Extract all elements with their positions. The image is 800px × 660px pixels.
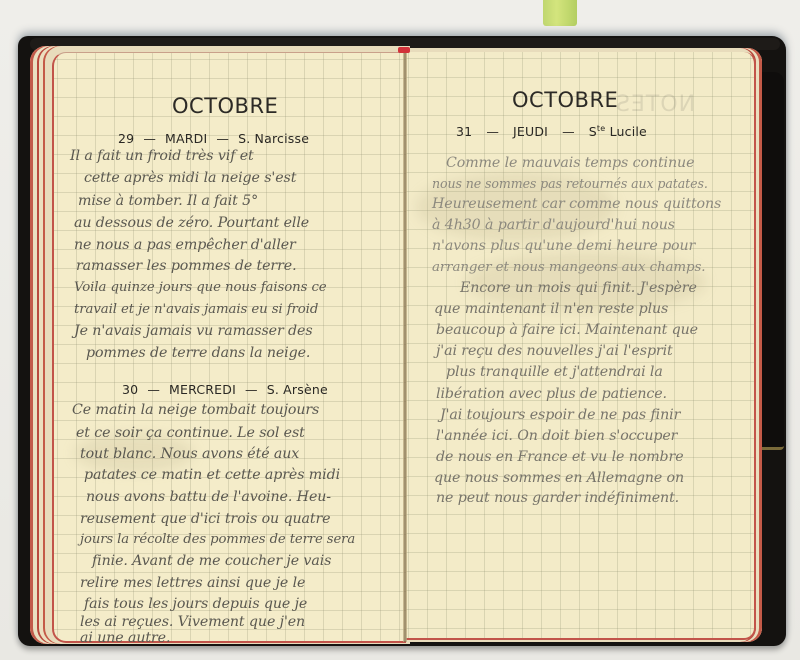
handwritten-line: de nous en France et vu le nombre xyxy=(436,449,684,465)
ribbon-bookmark-tab xyxy=(543,0,577,26)
handwritten-line: l'année ici. On doit bien s'occuper xyxy=(436,428,677,444)
handwritten-line: tout blanc. Nous avons été aux xyxy=(80,446,299,462)
handwritten-line: Encore un mois qui finit. J'espère xyxy=(460,280,697,296)
handwritten-line: mise à tomber. Il a fait 5° xyxy=(78,193,258,209)
day-number: 30 xyxy=(122,382,138,397)
saint-name: Lucile xyxy=(610,124,647,139)
handwritten-line: patates ce matin et cette après midi xyxy=(84,467,340,483)
handwritten-line: Il a fait un froid très vif et xyxy=(70,148,254,164)
handwritten-line: n'avons plus qu'une demi heure pour xyxy=(432,238,695,254)
day-number: 29 xyxy=(118,131,134,146)
handwritten-line: j'ai reçu des nouvelles j'ai l'esprit xyxy=(436,343,673,359)
handwritten-line: que nous sommes en Allemagne on xyxy=(434,470,684,486)
elastic-strap xyxy=(762,72,784,450)
handwritten-line: nous avons battu de l'avoine. Heu- xyxy=(86,489,331,505)
handwritten-line: que maintenant il n'en reste plus xyxy=(434,301,668,317)
month-heading-left: OCTOBRE xyxy=(172,94,278,118)
handwritten-line: Voila quinze jours que nous faisons ce xyxy=(74,280,327,295)
handwritten-line: beaucoup à faire ici. Maintenant que xyxy=(436,322,698,338)
handwritten-line: ramasser les pommes de terre. xyxy=(76,258,297,274)
dash-separator: — xyxy=(147,382,160,397)
weekday: MARDI xyxy=(165,131,207,146)
dash-separator: — xyxy=(143,131,156,146)
handwritten-line: arranger et nous mangeons aux champs. xyxy=(432,260,705,275)
day-number: 31 xyxy=(456,124,472,139)
handwritten-line: ai une autre. xyxy=(80,630,170,646)
binding-thread-mark xyxy=(398,47,410,53)
saint-name: S. Arsène xyxy=(267,382,328,397)
handwritten-line: libération avec plus de patience. xyxy=(436,386,667,402)
dash-separator: — xyxy=(245,382,258,397)
handwritten-line: les ai reçues. Vivement que j'en xyxy=(80,614,305,630)
handwritten-line: J'ai toujours espoir de ne pas finir xyxy=(440,407,680,423)
handwritten-line: finie. Avant de me coucher je vais xyxy=(92,553,331,569)
handwritten-line: Heureusement car comme nous quittons xyxy=(432,196,721,212)
page-gutter xyxy=(403,50,407,642)
dash-separator: — xyxy=(216,131,229,146)
month-heading-right: OCTOBRE xyxy=(512,88,618,112)
handwritten-line: travail et je n'avais jamais eu si froid xyxy=(74,302,318,317)
handwritten-line: Comme le mauvais temps continue xyxy=(446,155,694,171)
handwritten-line: au dessous de zéro. Pourtant elle xyxy=(74,215,309,231)
handwritten-line: fais tous les jours depuis que je xyxy=(84,596,307,612)
handwritten-line: Je n'avais jamais vu ramasser des xyxy=(74,323,313,339)
saint-name: S. Narcisse xyxy=(238,131,309,146)
handwritten-line: nous ne sommes pas retournés aux patates… xyxy=(432,176,708,191)
bleed-through-text: NOTES xyxy=(615,92,695,117)
dash-separator: — xyxy=(562,124,575,139)
handwritten-line: pommes de terre dans la neige. xyxy=(86,345,310,361)
handwritten-line: à 4h30 à partir d'aujourd'hui nous xyxy=(432,217,675,233)
saint-superscript: te xyxy=(597,124,605,133)
handwritten-line: ne nous a pas empêcher d'aller xyxy=(74,237,296,253)
handwritten-line: Ce matin la neige tombait toujours xyxy=(72,402,319,418)
handwritten-line: et ce soir ça continue. Le sol est xyxy=(76,425,305,441)
dash-separator: — xyxy=(486,124,499,139)
weekday: MERCREDI xyxy=(169,382,236,397)
handwritten-line: cette après midi la neige s'est xyxy=(84,170,296,186)
handwritten-line: reusement que d'ici trois ou quatre xyxy=(80,511,330,527)
handwritten-line: relire mes lettres ainsi que je le xyxy=(80,575,305,591)
handwritten-line: ne peut nous garder indéfiniment. xyxy=(436,490,679,506)
handwritten-line: jours la récolte des pommes de terre ser… xyxy=(80,532,355,547)
day-header-31: 31—JEUDI—Ste Lucile xyxy=(456,124,647,139)
day-header-30: 30—MERCREDI—S. Arsène xyxy=(122,382,328,397)
handwritten-line: plus tranquille et j'attendrai la xyxy=(446,364,663,380)
day-header-29: 29—MARDI—S. Narcisse xyxy=(118,131,309,146)
weekday: JEUDI xyxy=(513,124,548,139)
saint-prefix: S xyxy=(589,124,597,139)
